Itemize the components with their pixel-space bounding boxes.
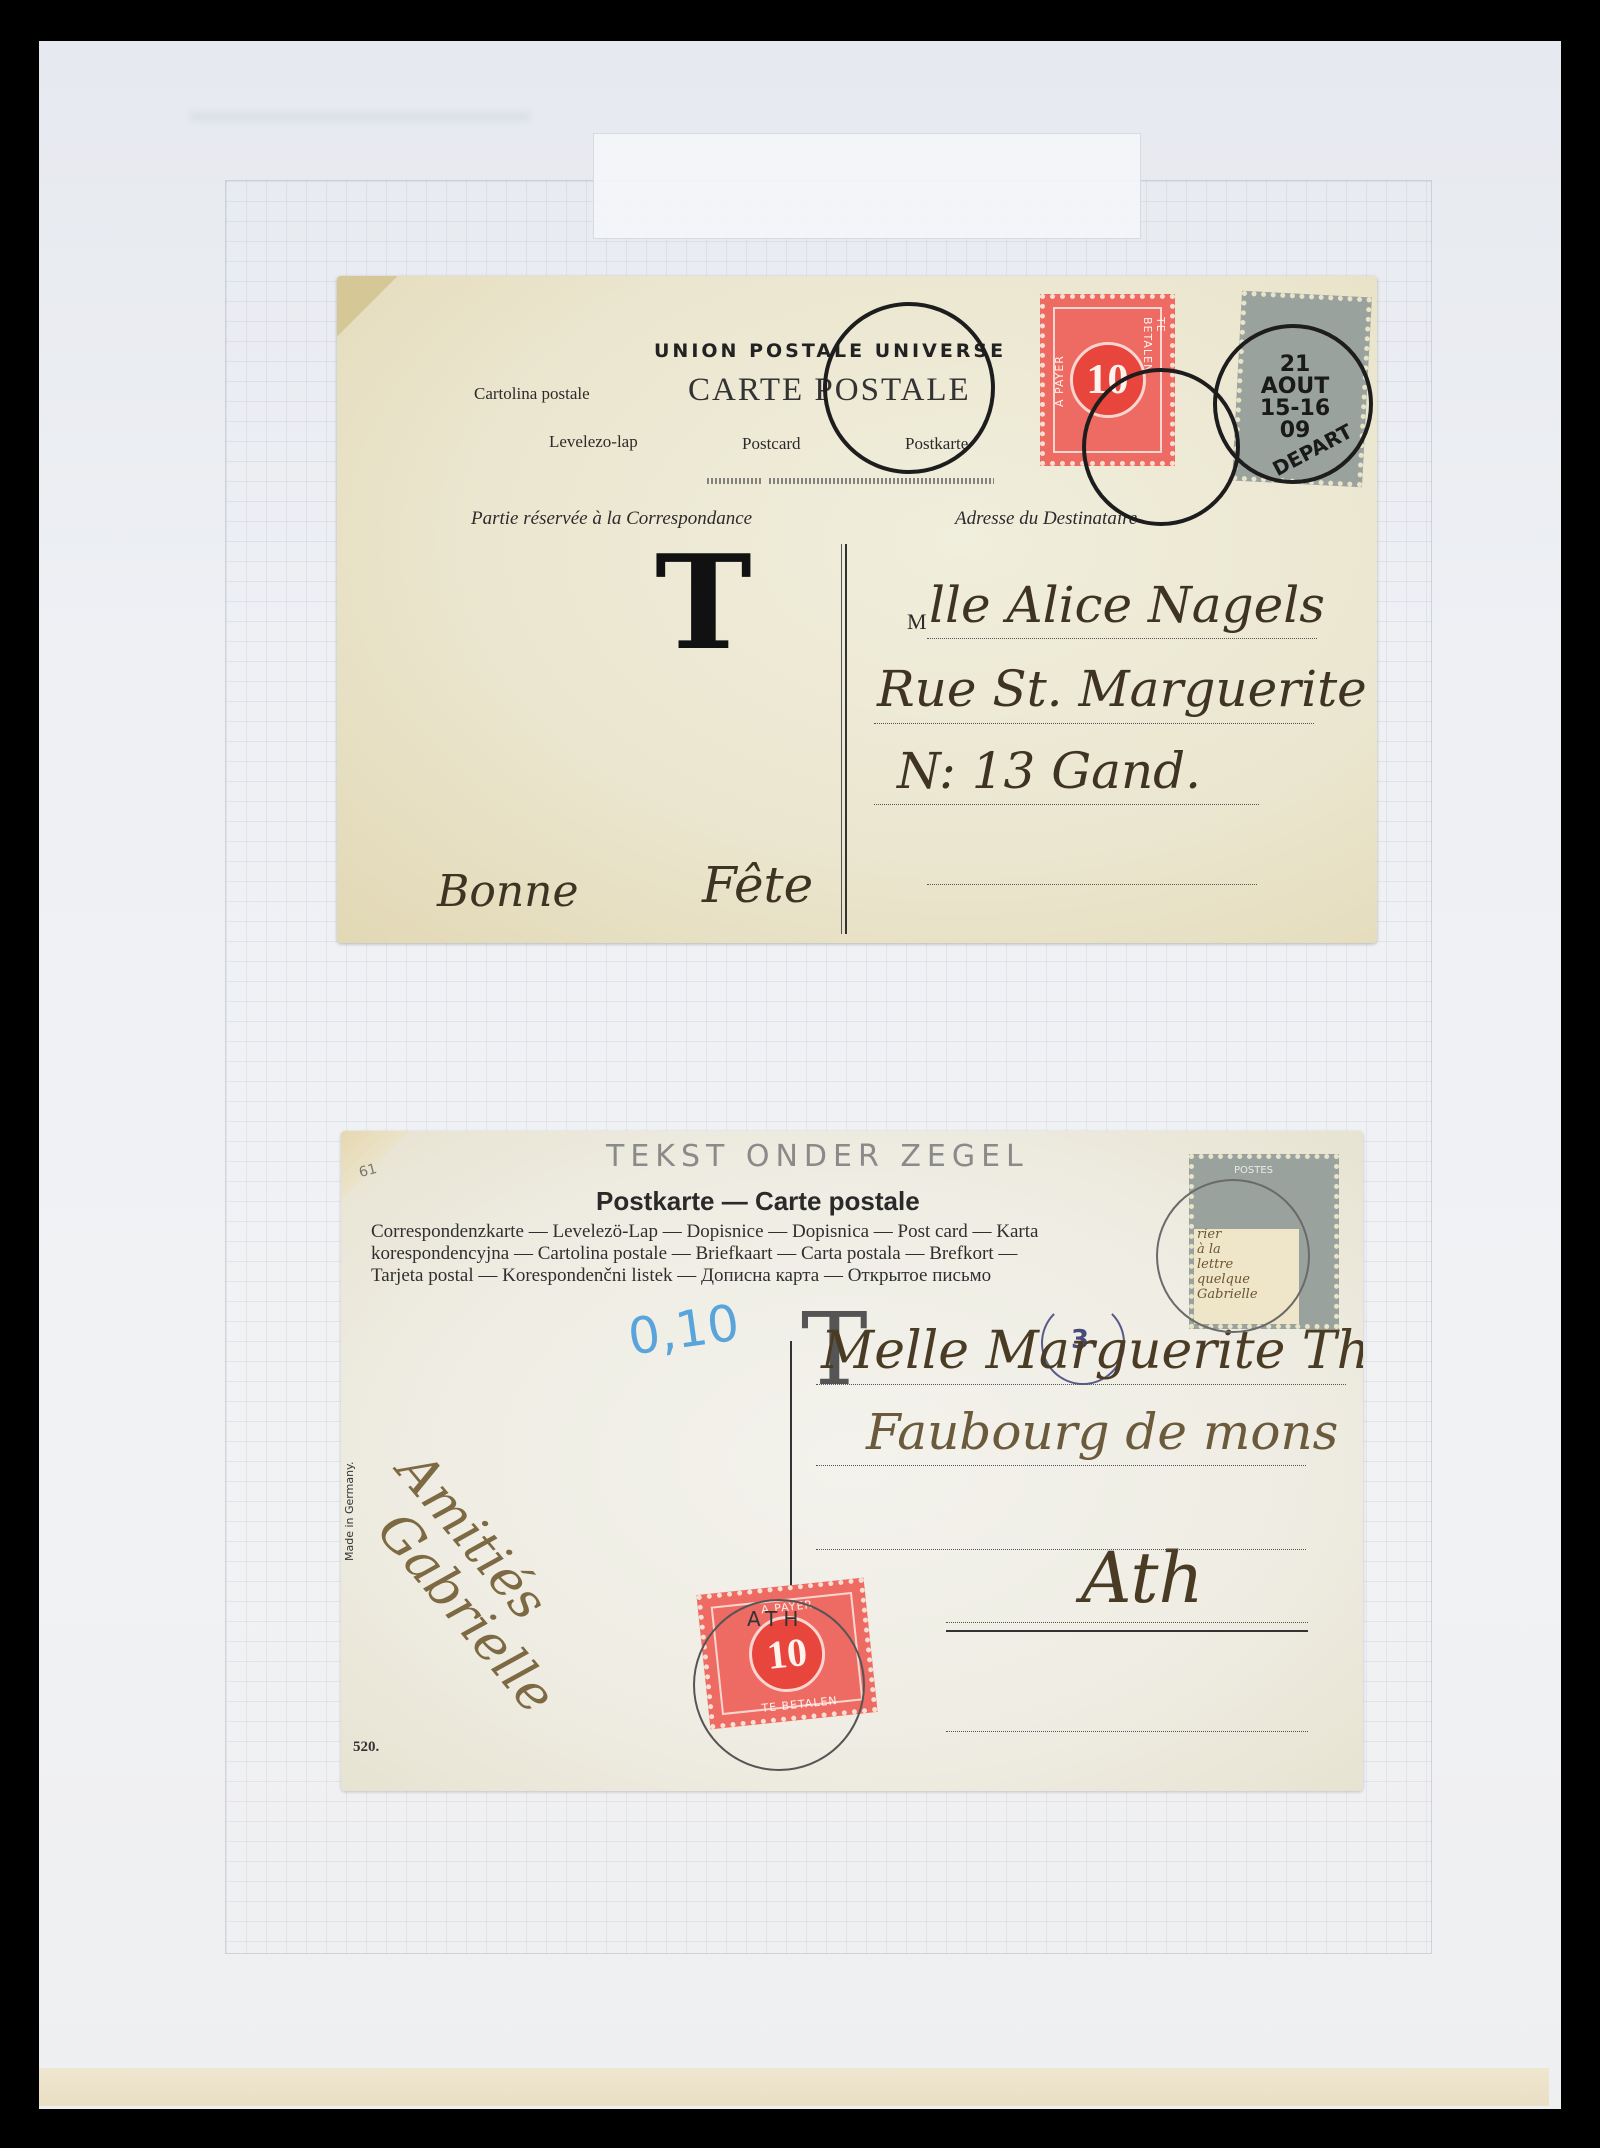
language-line-3: Tarjeta postal — Korespondenčni listek —… xyxy=(371,1265,991,1287)
stamp-top-text: POSTES xyxy=(1234,1165,1273,1176)
divider-line xyxy=(845,544,847,934)
ornament-rule xyxy=(707,478,762,484)
ath-postmark: ATH xyxy=(693,1599,865,1771)
card-title: Postkarte — Carte postale xyxy=(596,1186,920,1217)
lang-english: Postcard xyxy=(742,434,801,454)
address-label: Adresse du Destinataire xyxy=(955,508,1137,530)
language-line-2: korespondencyjna — Cartolina postale — B… xyxy=(371,1243,1017,1265)
address-dotted-line xyxy=(946,1622,1308,1623)
lang-italian: Cartolina postale xyxy=(474,384,590,404)
tax-mark: T xyxy=(655,526,752,679)
address-line-1: lle Alice Nagels xyxy=(929,576,1325,634)
address-dotted-line xyxy=(927,884,1257,885)
page-smudge xyxy=(190,112,530,122)
address-prefix: M xyxy=(907,609,927,635)
definitive-postmark xyxy=(1156,1179,1310,1333)
address-dotted-line xyxy=(816,1549,1306,1550)
address-line-2: Rue St. Marguerite xyxy=(877,660,1367,718)
lang-hungarian: Levelezo-lap xyxy=(549,432,638,452)
stamp-text-right: TE BETALEN xyxy=(1141,317,1167,373)
postmark-cancel-3: 21 AOUT 15-16 09 DEPART xyxy=(1213,324,1373,484)
cancel-time: 15-16 xyxy=(1255,398,1335,420)
address-line-3: N: 13 Gand. xyxy=(897,742,1201,800)
address-dotted-line xyxy=(874,804,1259,805)
address-dotted-line xyxy=(927,638,1317,639)
stamp-text-left: A PAYER xyxy=(1053,355,1066,407)
cancel-day: 21 xyxy=(1255,354,1335,376)
message-word-2: Fête xyxy=(702,856,813,914)
card-number: 520. xyxy=(353,1739,379,1756)
side-imprint: Made in Germany. xyxy=(343,1462,356,1562)
address-dotted-line xyxy=(874,723,1314,724)
postcard-1: UNION POSTALE UNIVERSE Cartolina postale… xyxy=(337,276,1377,943)
ornament-rule xyxy=(769,478,994,484)
address-dotted-line xyxy=(946,1731,1308,1732)
address-underline xyxy=(946,1630,1308,1632)
address-line-2: Faubourg de mons xyxy=(866,1403,1338,1461)
postcard-2: 61 TEKST ONDER ZEGEL Postkarte — Carte p… xyxy=(341,1131,1363,1791)
cancel-month: AOUT xyxy=(1255,376,1335,398)
address-dotted-line xyxy=(816,1384,1346,1385)
postmark-cancel-1 xyxy=(823,302,995,474)
message-word-1: Bonne xyxy=(437,866,579,917)
card-corner-fold xyxy=(337,276,397,336)
page-bottom-edge xyxy=(39,2068,1549,2106)
language-line-1: Correspondenzkarte — Levelezö-Lap — Dopi… xyxy=(371,1221,1038,1243)
pencil-note: TEKST ONDER ZEGEL xyxy=(606,1139,1029,1174)
title-label-box xyxy=(593,133,1141,239)
address-line-1: Melle Marguerite Thomas xyxy=(821,1321,1363,1381)
divider-line-inner xyxy=(841,544,842,934)
blue-crayon-note: 0,10 xyxy=(625,1294,743,1367)
address-dotted-line xyxy=(816,1465,1306,1466)
